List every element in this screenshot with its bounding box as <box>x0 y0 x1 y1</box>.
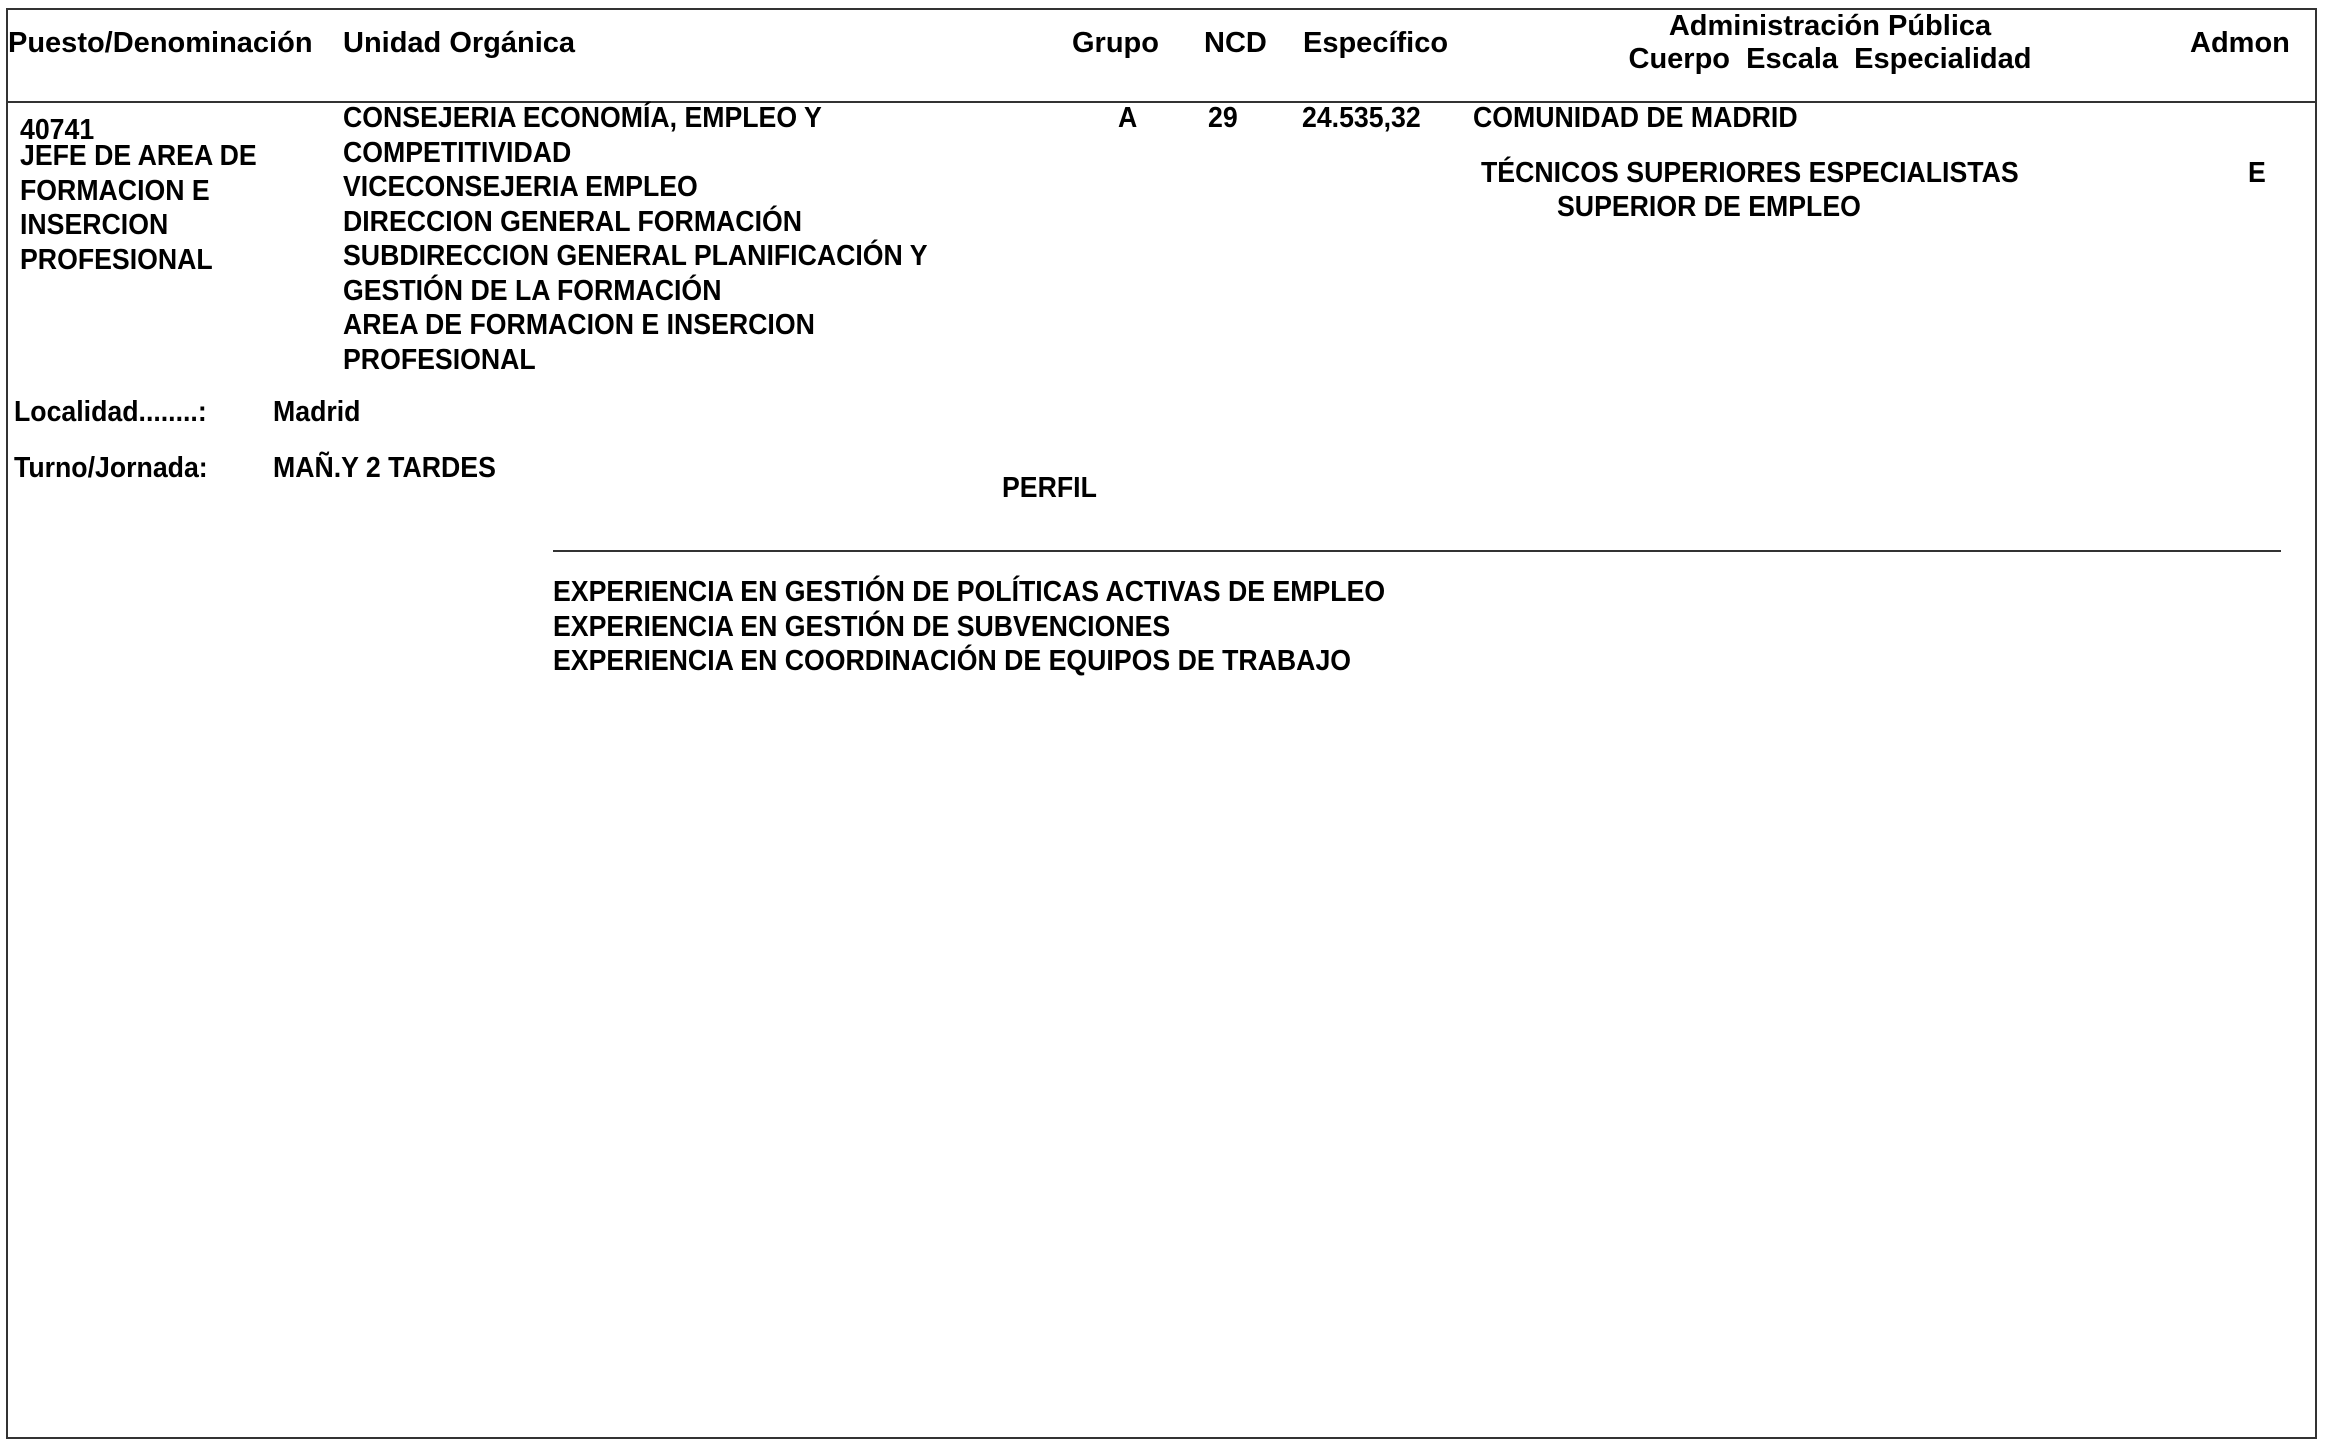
denominacion-line: PROFESIONAL <box>20 246 257 281</box>
unidad-line: GESTIÓN DE LA FORMACIÓN <box>343 277 928 312</box>
unidad-line: VICECONSEJERIA EMPLEO <box>343 173 928 208</box>
perfil-items: EXPERIENCIA EN GESTIÓN DE POLÍTICAS ACTI… <box>553 578 1385 682</box>
perfil-title: PERFIL <box>1002 474 1097 503</box>
header-grupo: Grupo <box>1072 29 1159 58</box>
unidad-line: CONSEJERIA ECONOMÍA, EMPLEO Y <box>343 104 928 139</box>
puesto-denominacion: JEFE DE AREA DE FORMACION E INSERCION PR… <box>20 142 257 280</box>
ncd-value: 29 <box>1208 104 1238 133</box>
perfil-item: EXPERIENCIA EN GESTIÓN DE SUBVENCIONES <box>553 613 1385 648</box>
header-especifico: Específico <box>1303 29 1448 58</box>
unidad-line: PROFESIONAL <box>343 346 928 381</box>
denominacion-line: JEFE DE AREA DE <box>20 142 257 177</box>
denominacion-line: FORMACION E <box>20 177 257 212</box>
localidad-label: Localidad........: <box>14 398 207 427</box>
header-unidad: Unidad Orgánica <box>343 29 575 58</box>
unidad-line: COMPETITIVIDAD <box>343 139 928 174</box>
unidad-organica: CONSEJERIA ECONOMÍA, EMPLEO Y COMPETITIV… <box>343 104 928 380</box>
header-ncd: NCD <box>1204 29 1267 58</box>
header-admon: Admon <box>2190 29 2290 58</box>
denominacion-line: INSERCION <box>20 211 257 246</box>
admon-value: E <box>2248 159 2266 188</box>
unidad-line: AREA DE FORMACION E INSERCION <box>343 311 928 346</box>
grupo-value: A <box>1118 104 1137 133</box>
turno-value: MAÑ.Y 2 TARDES <box>273 454 496 483</box>
administracion-value: COMUNIDAD DE MADRID <box>1473 104 1798 133</box>
escala-value: SUPERIOR DE EMPLEO <box>1557 193 1861 222</box>
turno-label: Turno/Jornada: <box>14 454 208 483</box>
especifico-value: 24.535,32 <box>1302 104 1421 133</box>
header-admin-publica: Administración Pública <box>1580 12 2080 41</box>
perfil-item: EXPERIENCIA EN GESTIÓN DE POLÍTICAS ACTI… <box>553 578 1385 613</box>
cuerpo-value: TÉCNICOS SUPERIORES ESPECIALISTAS <box>1481 159 2019 188</box>
localidad-value: Madrid <box>273 398 360 427</box>
header-puesto: Puesto/Denominación <box>8 29 313 58</box>
unidad-line: SUBDIRECCION GENERAL PLANIFICACIÓN Y <box>343 242 928 277</box>
header-cuerpo-escala: Cuerpo Escala Especialidad <box>1580 45 2080 74</box>
perfil-item: EXPERIENCIA EN COORDINACIÓN DE EQUIPOS D… <box>553 647 1385 682</box>
perfil-divider <box>553 550 2281 552</box>
unidad-line: DIRECCION GENERAL FORMACIÓN <box>343 208 928 243</box>
